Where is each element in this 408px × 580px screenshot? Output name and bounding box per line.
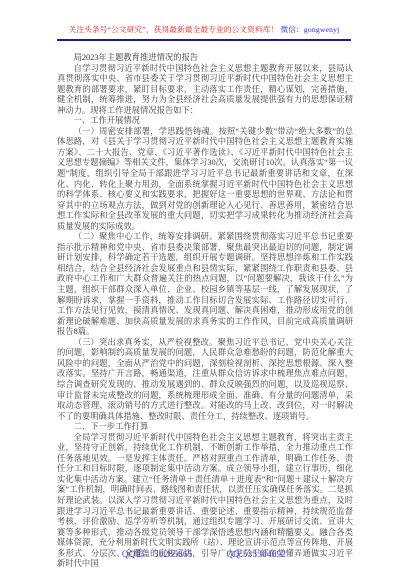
document-body: 局2023年主题教育推进情况的报告 自学习贯彻习近平新时代中国特色社会主义思想主… bbox=[57, 53, 353, 570]
body-paragraph: （一）周密安排部署，学思践悟铸魂。按照“关键少数”带动“绝大多数”的总体思路，对… bbox=[57, 127, 353, 232]
body-paragraph: （二）聚焦中心工作，统筹安排调研。紧紧围绕贯彻落实习近平总书记重要指示批示精神和… bbox=[57, 232, 353, 337]
document-page: 关注头条号“公文研究”，获得最新最全最专业的公文资料库！ 微信：gongweny… bbox=[0, 0, 408, 580]
promo-header-wechat: 微信：gongwenyj bbox=[278, 25, 339, 34]
qq-number-text: QQ:535304092 bbox=[227, 549, 287, 559]
promo-footer: QQ群：30265665QQ:535304092 bbox=[0, 547, 408, 560]
body-paragraph: 自学习贯彻习近平新时代中国特色社会主义思想主题教育开展以来，县局认真贯彻落实中央… bbox=[57, 64, 353, 117]
section-heading: 一、工作开展情况 bbox=[57, 116, 353, 127]
section-heading: 二、下一步工作打算 bbox=[57, 422, 353, 433]
qq-group-text: QQ群：30265665 bbox=[122, 549, 193, 559]
document-title: 局2023年主题教育推进情况的报告 bbox=[57, 53, 353, 64]
promo-header: 关注头条号“公文研究”，获得最新最全最专业的公文资料库！ 微信：gongweny… bbox=[57, 24, 351, 41]
body-paragraph: （三）突出求真务实，从严检视整改。聚焦习近平总书记、党中央关心关注的问题，影响制… bbox=[57, 338, 353, 422]
promo-header-text: 关注头条号“公文研究”，获得最新最全最专业的公文资料库！ bbox=[69, 25, 279, 34]
